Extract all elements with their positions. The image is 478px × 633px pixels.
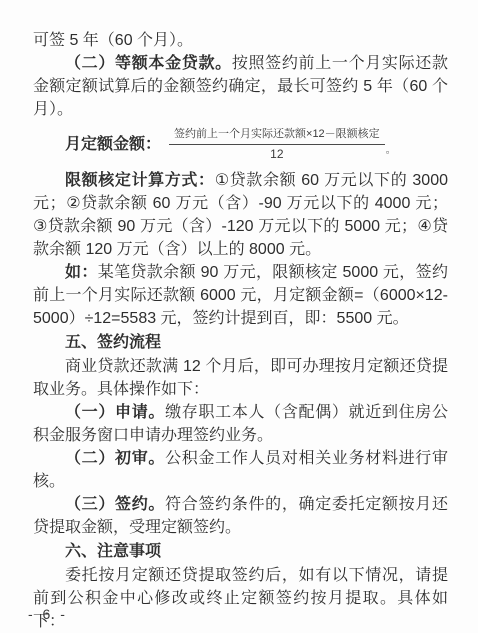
paragraph-step-apply: （一）申请。缴存职工本人（含配偶）就近到住房公积金服务窗口申请办理签约业务。	[33, 401, 448, 447]
formula-period: 。	[386, 139, 396, 162]
paragraph-example-lead: 如：	[65, 264, 98, 281]
paragraph-step-apply-lead: （一）申请。	[65, 404, 165, 421]
paragraph-step-review: （二）初审。公积金工作人员对相关业务材料进行审核。	[33, 447, 448, 493]
paragraph-carryover: 可签 5 年（60 个月）。	[33, 29, 448, 52]
paragraph-limit-rules-lead: 限额核定计算方式：	[65, 172, 215, 189]
formula-fraction: 签约前上一个月实际还款额×12－限额核定 12	[169, 127, 385, 162]
paragraph-step-sign: （三）签约。符合签约条件的，确定委托定额按月还贷提取金额，受理定额签约。	[33, 493, 448, 539]
formula-label: 月定额金额：	[65, 133, 161, 156]
paragraph-step-review-lead: （二）初审。	[65, 450, 165, 467]
paragraph-example: 如：某笔贷款余额 90 万元，限额核定 5000 元，签约前上一个月实际还款额 …	[33, 261, 448, 330]
paragraph-equal-principal: （二）等额本金贷款。按照签约前上一个月实际还款金额定额试算后的金额签约确定，最长…	[33, 52, 448, 121]
monthly-quota-formula: 月定额金额： 签约前上一个月实际还款额×12－限额核定 12 。	[33, 127, 448, 162]
document-page: 可签 5 年（60 个月）。 （二）等额本金贷款。按照签约前上一个月实际还款金额…	[0, 0, 478, 633]
section-heading-signing-process: 五、签约流程	[33, 331, 448, 354]
formula-numerator: 签约前上一个月实际还款额×12－限额核定	[169, 127, 385, 145]
page-number: - 6 -	[28, 603, 68, 626]
paragraph-notes-intro: 委托按月定额还贷提取签约后，如有以下情况，请提前到公积金中心修改或终止定额签约按…	[33, 564, 448, 633]
paragraph-step-sign-lead: （三）签约。	[65, 496, 165, 513]
paragraph-equal-principal-lead: （二）等额本金贷款。	[65, 55, 232, 72]
section-heading-notes: 六、注意事项	[33, 540, 448, 563]
paragraph-process-intro: 商业贷款还款满 12 个月后，即可办理按月定额还贷提取业务。具体操作如下：	[33, 355, 448, 401]
paragraph-limit-rules: 限额核定计算方式：①贷款余额 60 万元以下的 3000 元；②贷款余额 60 …	[33, 169, 448, 261]
formula-denominator: 12	[270, 145, 283, 162]
